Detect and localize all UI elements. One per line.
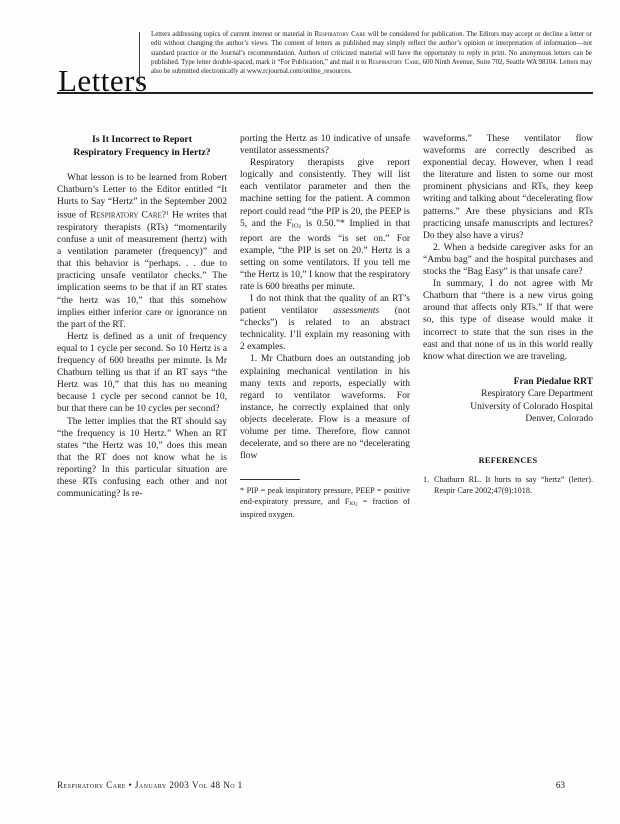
journal-footer-line: Respiratory Care • January 2003 Vol 48 N… bbox=[57, 780, 243, 790]
letter-title-line-2: Respiratory Frequency in Hertz? bbox=[73, 147, 210, 158]
column-2: porting the Hertz as 10 indicative of un… bbox=[240, 133, 410, 521]
vertical-divider bbox=[139, 32, 140, 86]
paragraph: What lesson is to be learned from Robert… bbox=[57, 172, 227, 331]
footnote-text: * PIP = peak inspiratory pressure, PEEP … bbox=[240, 486, 410, 521]
column-3-text: waveforms.” These ventilator flow wavefo… bbox=[423, 133, 593, 363]
signature-block: Fran Piedalue RRT Respiratory Care Depar… bbox=[423, 376, 593, 426]
references-list: 1.Chatburn RL. It hurts to say “hertz” (… bbox=[423, 475, 593, 497]
letters-policy-text: Letters addressing topics of current int… bbox=[151, 30, 592, 77]
paragraph: Respiratory therapists give report logic… bbox=[240, 157, 410, 293]
column-2-text: porting the Hertz as 10 indicative of un… bbox=[240, 133, 410, 462]
signature-organization: University of Colorado Hospital bbox=[423, 401, 593, 414]
paragraph: In summary, I do not agree with Mr Chatb… bbox=[423, 278, 593, 363]
page-number: 63 bbox=[556, 780, 565, 790]
column-1-text: What lesson is to be learned from Robert… bbox=[57, 172, 227, 500]
signature-name: Fran Piedalue RRT bbox=[423, 376, 593, 389]
paragraph: The letter implies that the RT should sa… bbox=[57, 416, 227, 501]
footnote: * PIP = peak inspiratory pressure, PEEP … bbox=[240, 479, 410, 521]
letter-title-line-1: Is It Incorrect to Report bbox=[92, 134, 192, 145]
letter-body: Is It Incorrect to Report Respiratory Fr… bbox=[57, 133, 593, 521]
reference-number: 1. bbox=[423, 475, 434, 497]
reference-item: 1.Chatburn RL. It hurts to say “hertz” (… bbox=[423, 475, 593, 497]
paragraph: waveforms.” These ventilator flow wavefo… bbox=[423, 133, 593, 242]
page-footer: Respiratory Care • January 2003 Vol 48 N… bbox=[57, 780, 593, 790]
journal-page: Letters Letters addressing topics of cur… bbox=[0, 0, 620, 824]
letter-title: Is It Incorrect to Report Respiratory Fr… bbox=[57, 133, 227, 159]
paragraph: 2. When a bedside caregiver asks for an … bbox=[423, 242, 593, 278]
paragraph: I do not think that the quality of an RT… bbox=[240, 293, 410, 353]
paragraph: Hertz is defined as a unit of frequency … bbox=[57, 331, 227, 416]
column-3: waveforms.” These ventilator flow wavefo… bbox=[423, 133, 593, 521]
section-title: Letters bbox=[58, 63, 148, 99]
signature-city: Denver, Colorado bbox=[423, 413, 593, 426]
reference-text: Chatburn RL. It hurts to say “hertz” (le… bbox=[434, 475, 593, 497]
column-1: Is It Incorrect to Report Respiratory Fr… bbox=[57, 133, 227, 521]
references-heading: REFERENCES bbox=[423, 456, 593, 465]
signature-department: Respiratory Care Department bbox=[423, 388, 593, 401]
paragraph: 1. Mr Chatburn does an outstanding job e… bbox=[240, 353, 410, 462]
paragraph: porting the Hertz as 10 indicative of un… bbox=[240, 133, 410, 157]
footnote-rule bbox=[240, 479, 300, 480]
masthead-rule bbox=[57, 92, 593, 94]
